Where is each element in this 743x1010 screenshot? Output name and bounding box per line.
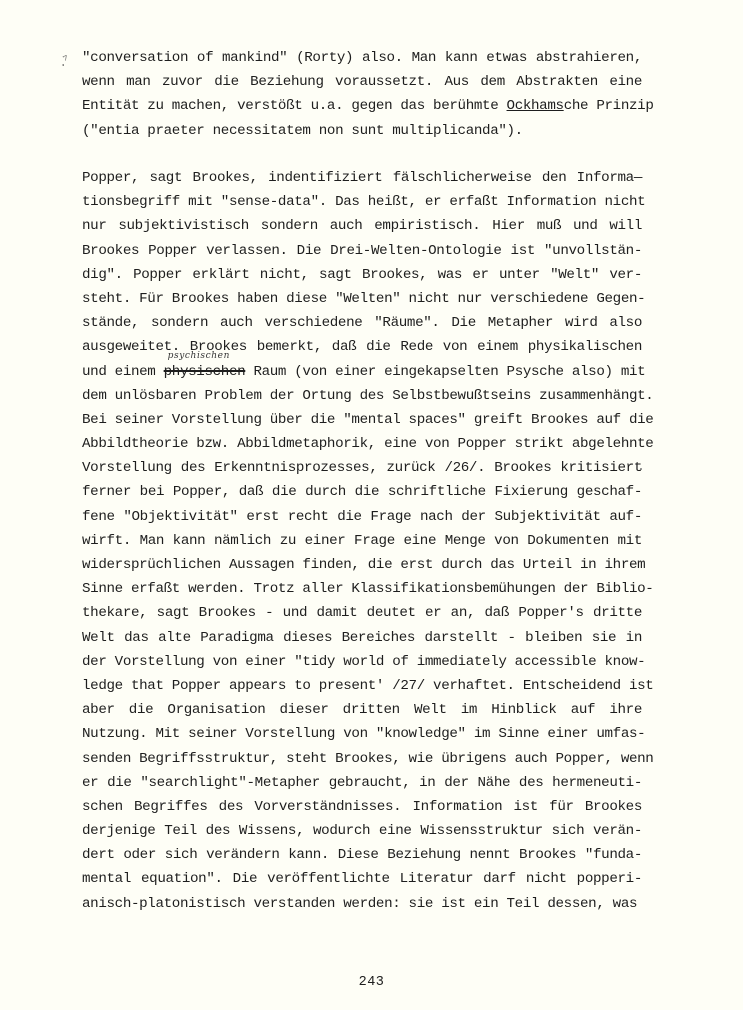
text-line: und einem physischenpsychischen Raum (vo… <box>82 360 642 384</box>
paragraph-2: Popper, sagt Brookes, indentifiziert fäl… <box>82 166 642 916</box>
document-page: .⁷ "conversation of mankind" (Rorty) als… <box>0 0 743 1010</box>
text-line: Bei seiner Vorstellung über die "mental … <box>82 408 642 432</box>
text-line: fene "Objektivität" erst recht die Frage… <box>82 505 642 529</box>
text-line: Vorstellung des Erkenntnisprozesses, zur… <box>82 456 642 480</box>
text-segment: Entität zu machen, verstößt u.a. gegen d… <box>82 98 507 114</box>
text-line: der Vorstellung von einer "tidy world of… <box>82 650 642 674</box>
text-line: Nutzung. Mit seiner Vorstellung von "kno… <box>82 722 642 746</box>
text-line: ausgeweitet. Brookes bemerkt, daß die Re… <box>82 335 642 359</box>
text-line: wenn man zuvor die Beziehung voraussetzt… <box>82 70 642 94</box>
margin-mark: .⁷ <box>58 53 71 69</box>
underlined-word: Ockhams <box>507 98 564 114</box>
handwritten-correction-group: physischenpsychischen <box>164 364 246 380</box>
text-line: nur subjektivistisch sondern auch empiri… <box>82 214 642 238</box>
text-line: Brookes Popper verlassen. Die Drei-Welte… <box>82 239 642 263</box>
text-line: anisch-platonistisch verstanden werden: … <box>82 892 642 916</box>
text-line: Sinne erfaßt werden. Trotz aller Klassif… <box>82 577 642 601</box>
text-line: thekare, sagt Brookes - und damit deutet… <box>82 601 642 625</box>
struck-word: physischen <box>164 364 246 380</box>
text-line: tionsbegriff mit "sense-data". Das heißt… <box>82 190 642 214</box>
text-line: "conversation of mankind" (Rorty) also. … <box>82 46 642 70</box>
text-line: Welt das alte Paradigma dieses Bereiches… <box>82 626 642 650</box>
text-segment: und einem <box>82 364 164 380</box>
text-line: ("entia praeter necessitatem non sunt mu… <box>82 119 642 143</box>
text-line: ferner bei Popper, daß die durch die sch… <box>82 480 642 504</box>
text-line: mental equation". Die veröffentlichte Li… <box>82 867 642 891</box>
text-line: wirft. Man kann nämlich zu einer Frage e… <box>82 529 642 553</box>
text-line: senden Begriffsstruktur, steht Brookes, … <box>82 747 642 771</box>
text-line: derjenige Teil des Wissens, wodurch eine… <box>82 819 642 843</box>
text-line: ledge that Popper appears to present' /2… <box>82 674 642 698</box>
text-segment: che Prinzip <box>564 98 654 114</box>
text-line: Entität zu machen, verstößt u.a. gegen d… <box>82 94 642 118</box>
text-line: aber die Organisation dieser dritten Wel… <box>82 698 642 722</box>
text-line: widersprüchlichen Aussagen finden, die e… <box>82 553 642 577</box>
text-line: steht. Für Brookes haben diese "Welten" … <box>82 287 642 311</box>
text-line: Abbildtheorie bzw. Abbildmetaphorik, ein… <box>82 432 642 456</box>
text-line: stände, sondern auch verschiedene "Räume… <box>82 311 642 335</box>
text-segment: Raum (von einer eingekapselten Psysche a… <box>245 364 645 380</box>
text-line: er die "searchlight"-Metapher gebraucht,… <box>82 771 642 795</box>
page-number: 243 <box>0 975 743 990</box>
text-line: schen Begriffes des Vorverständnisses. I… <box>82 795 642 819</box>
text-line: Popper, sagt Brookes, indentifiziert fäl… <box>82 166 642 190</box>
handwritten-correction: psychischen <box>168 351 230 361</box>
text-line: dert oder sich verändern kann. Diese Bez… <box>82 843 642 867</box>
text-line: dig". Popper erklärt nicht, sagt Brookes… <box>82 263 642 287</box>
paragraph-1: "conversation of mankind" (Rorty) also. … <box>82 46 642 143</box>
text-line: dem unlösbaren Problem der Ortung des Se… <box>82 384 642 408</box>
